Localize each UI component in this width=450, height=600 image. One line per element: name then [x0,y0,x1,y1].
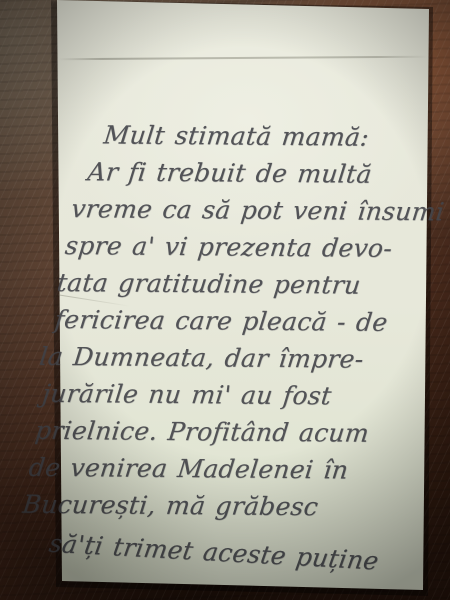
letter-line: tata gratitudine pentru [39,264,415,304]
letter-line: fericirea care pleacă - de [35,301,411,341]
letter-line: prielnice. Profitând acum [22,412,398,452]
letter-line: spre a' vi prezenta devo- [43,227,419,267]
letter-line: București, mă grăbesc [14,486,390,526]
letter-line: la Dumneata, dar împre- [31,338,407,378]
letter-line: jurările nu mi' au fost [26,375,402,415]
letter-text: Mult stimată mamă: Ar fi trebuit de mult… [9,116,432,563]
letter-line: Ar fi trebuit de multă [52,153,428,193]
letter-line-salutation: Mult stimată mamă: [56,116,432,156]
letter-photo: Mult stimată mamă: Ar fi trebuit de mult… [0,0,450,600]
letter-line: de venirea Madelenei în [18,449,394,489]
letter-line: vreme ca să pot veni însumi [47,190,423,230]
